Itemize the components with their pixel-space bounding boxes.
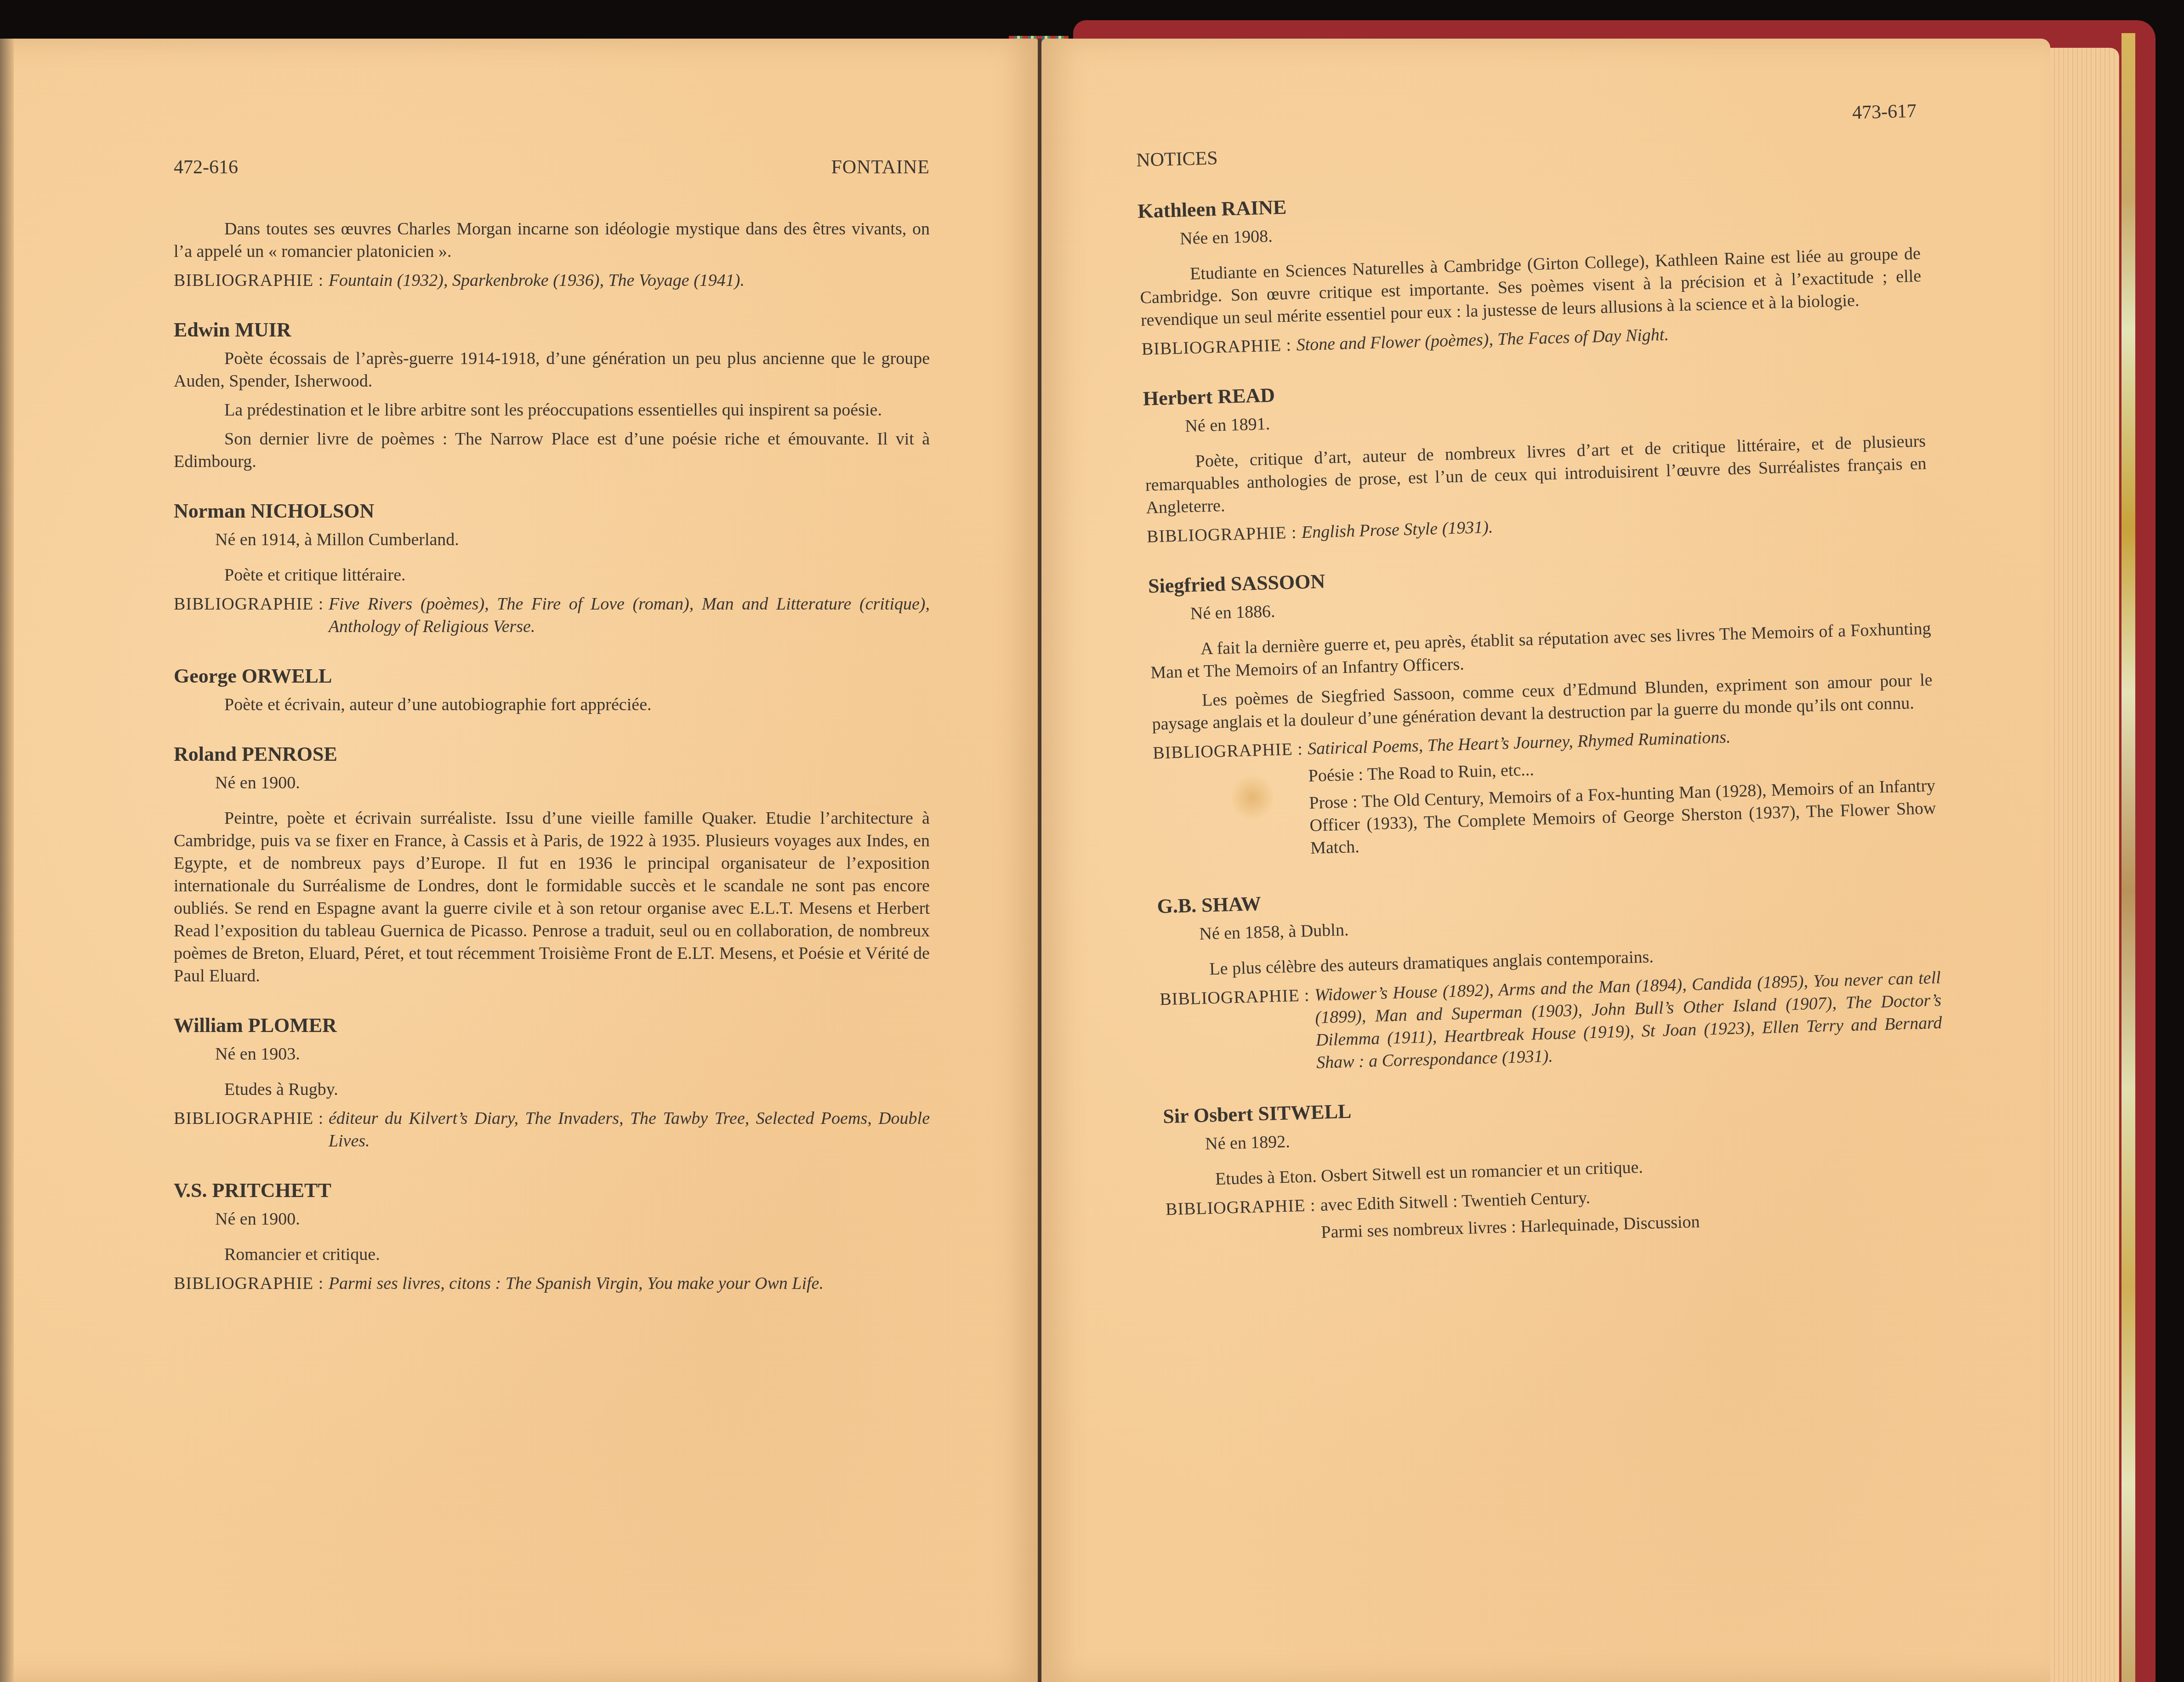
author-name: Edwin MUIR [174,319,930,341]
author-name: Roland PENROSE [174,743,930,765]
entry-penrose: Roland PENROSE Né en 1900. Peintre, poèt… [174,743,930,987]
running-title: NOTICES [1136,147,1218,172]
left-page-content: 472-616 FONTAINE Dans toutes ses œuvres … [174,156,930,1322]
paragraph: Poète et écrivain, auteur d’une autobiog… [174,694,930,716]
entry-sassoon: Siegfried SASSOON Né en 1886. A fait la … [1148,553,1937,868]
bibliography-label: BIBLIOGRAPHIE : [174,269,329,292]
bibliography: BIBLIOGRAPHIE : Widower’s House (1892), … [1160,967,1943,1078]
left-running-head: 472-616 FONTAINE [174,156,930,179]
birth-info: Né en 1900. [174,1208,930,1231]
paragraph: Etudiante en Sciences Naturelles à Cambr… [1139,242,1922,331]
running-title: FONTAINE [831,156,930,179]
paragraph: Son dernier livre de poèmes : The Narrow… [174,428,930,473]
bibliography-items: Fountain (1932), Sparkenbroke (1936), Th… [329,269,930,292]
paragraph: Peintre, poète et écrivain surréaliste. … [174,807,930,987]
bibliography-label: BIBLIOGRAPHIE : [1160,984,1317,1078]
bibliography-label: BIBLIOGRAPHIE : [1147,521,1302,548]
entry-nicholson: Norman NICHOLSON Né en 1914, à Millon Cu… [174,500,930,638]
paragraph: La prédestination et le libre arbitre so… [174,399,930,422]
book-gutter [1038,39,1041,1682]
right-page-content: NOTICES 473-617 Kathleen RAINE Née en 19… [1135,100,1949,1279]
author-name: V.S. PRITCHETT [174,1179,930,1202]
bibliography-line: Satirical Poems, The Heart’s Journey, Rh… [1308,727,1731,758]
entry-morgan-continued: Dans toutes ses œuvres Charles Morgan in… [174,218,930,292]
paragraph: Romancier et critique. [174,1243,930,1266]
bibliography-label: BIBLIOGRAPHIE : [174,1272,329,1295]
bibliography: BIBLIOGRAPHIE : Parmi ses livres, citons… [174,1272,930,1295]
paragraph: Dans toutes ses œuvres Charles Morgan in… [174,218,930,263]
entry-muir: Edwin MUIR Poète écossais de l’après-gue… [174,319,930,473]
page-number: 473-617 [1852,100,1917,125]
entry-orwell: George ORWELL Poète et écrivain, auteur … [174,665,930,716]
birth-info: Né en 1900. [174,772,930,794]
bibliography-label: BIBLIOGRAPHIE : [1141,334,1297,360]
entry-pritchett: V.S. PRITCHETT Né en 1900. Romancier et … [174,1179,930,1295]
author-name: George ORWELL [174,665,930,687]
author-name: William PLOMER [174,1014,930,1037]
paragraph: Poète, critique d’art, auteur de nombreu… [1144,430,1927,519]
entry-sitwell: Sir Osbert SITWELL Né en 1892. Etudes à … [1163,1083,1948,1253]
bibliography: BIBLIOGRAPHIE : éditeur du Kilvert’s Dia… [174,1107,930,1152]
birth-info: Né en 1903. [174,1043,930,1066]
marbled-endpaper [2121,33,2135,1682]
birth-info: Né en 1914, à Millon Cumberland. [174,529,930,551]
paragraph: Etudes à Rugby. [174,1078,930,1101]
bibliography-label: BIBLIOGRAPHIE : [174,1107,329,1152]
entry-read: Herbert READ Né en 1891. Poète, critique… [1143,365,1928,548]
entry-plomer: William PLOMER Né en 1903. Etudes à Rugb… [174,1014,930,1152]
bibliography-items: Five Rivers (poèmes), The Fire of Love (… [329,593,930,638]
bibliography-label: BIBLIOGRAPHIE : [174,593,329,638]
entry-raine: Kathleen RAINE Née en 1908. Etudiante en… [1137,178,1923,360]
bibliography: BIBLIOGRAPHIE : Satirical Poems, The Hea… [1153,720,1937,868]
page-edges [2050,48,2119,1682]
entry-shaw: G.B. SHAW Né en 1858, à Dubln. Le plus c… [1157,873,1943,1078]
bibliography-label: BIBLIOGRAPHIE : [1153,738,1311,868]
bibliography: BIBLIOGRAPHIE : Five Rivers (poèmes), Th… [174,593,930,638]
page-number: 472-616 [174,156,238,179]
bibliography-items: éditeur du Kilvert’s Diary, The Invaders… [329,1107,930,1152]
paragraph: Poète et critique littéraire. [174,564,930,587]
bibliography-items: avec Edith Sitwell : Twentieh Century. P… [1320,1177,1948,1249]
bibliography-items: Parmi ses livres, citons : The Spanish V… [329,1272,930,1295]
bibliography-line: Prose : The Old Century, Memoirs of a Fo… [1309,775,1937,860]
bibliography-label: BIBLIOGRAPHIE : [1165,1194,1321,1253]
bibliography-items: Widower’s House (1892), Arms and the Man… [1314,967,1943,1074]
bibliography-items: Satirical Poems, The Heart’s Journey, Rh… [1307,720,1937,864]
paragraph: Poète écossais de l’après-guerre 1914-19… [174,348,930,393]
author-name: Norman NICHOLSON [174,500,930,522]
bibliography: BIBLIOGRAPHIE : Fountain (1932), Sparken… [174,269,930,292]
